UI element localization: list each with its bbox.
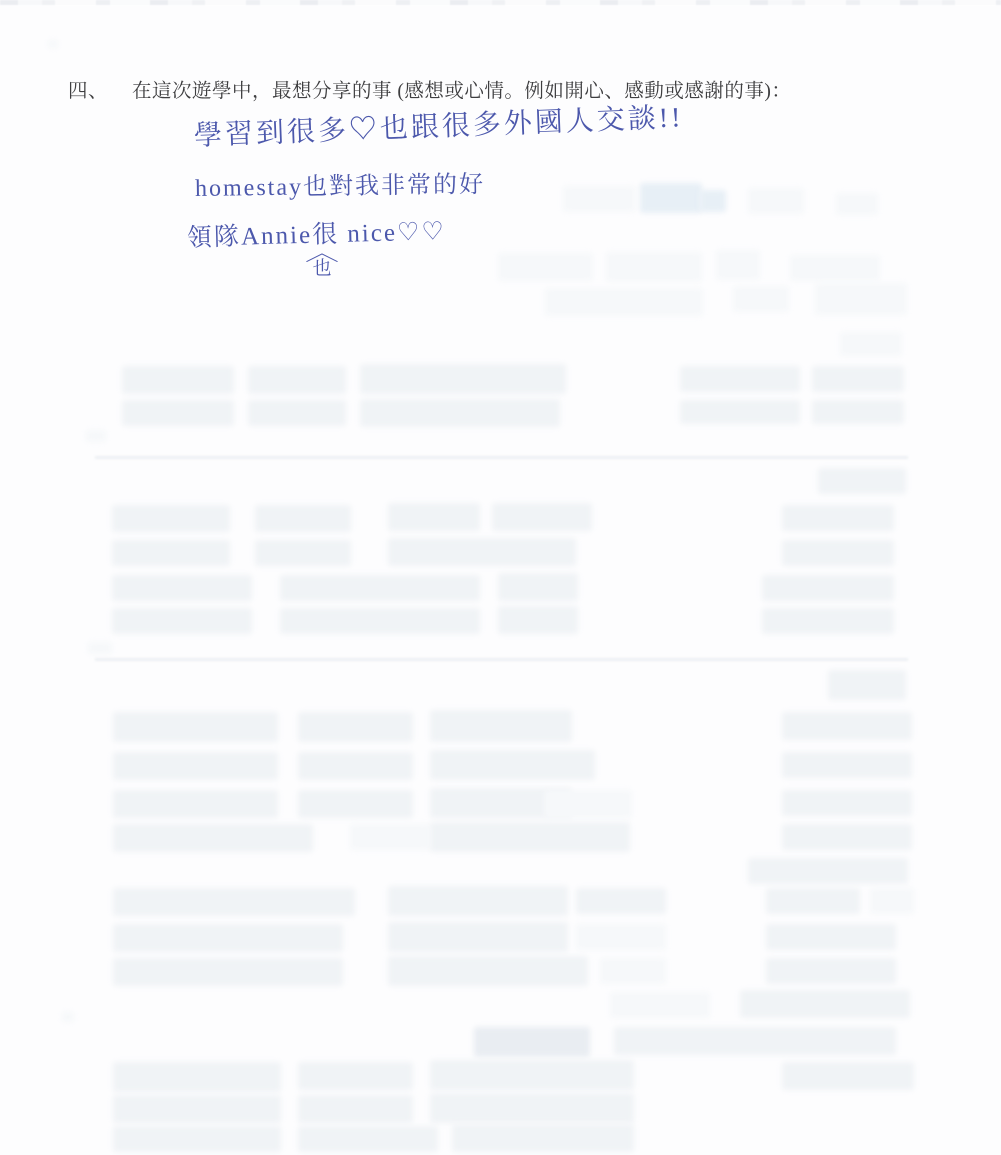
ghost-text-block [600, 958, 666, 984]
ghost-text-block [782, 712, 912, 740]
caret-icon: ︿ [285, 246, 360, 263]
ghost-text-block [113, 1062, 281, 1092]
ghost-text-block [113, 958, 343, 986]
ghost-text-block [606, 252, 702, 282]
ghost-text-block [298, 1126, 438, 1152]
ghost-text-block [782, 505, 894, 531]
ghost-text-block [492, 503, 592, 531]
ghost-text-block [614, 1027, 896, 1055]
ghost-text-block [388, 886, 568, 916]
ghost-text-block [86, 430, 106, 442]
question-heading: 四、在這次遊學中，最想分享的事 (感想或心情。例如開心、感動或感謝的事)： [68, 75, 791, 103]
ghost-text-block [716, 250, 760, 280]
ghost-text-block [836, 193, 878, 215]
ghost-text-block [782, 824, 912, 850]
ghost-text-block [812, 400, 904, 424]
ghost-text-block [782, 790, 912, 816]
ghost-text-block [388, 503, 480, 531]
ghost-text-block [430, 1093, 634, 1123]
ghost-text-block [280, 608, 480, 634]
ghost-text-block [122, 400, 234, 426]
ghost-text-block [610, 992, 710, 1018]
ghost-text-block [298, 752, 413, 780]
section-number: 四、 [68, 81, 108, 102]
ghost-text-block [298, 1062, 413, 1090]
ghost-text-block [113, 924, 343, 952]
ghost-text-block [430, 750, 595, 780]
ghost-text-block [498, 606, 578, 634]
ghost-text-block [790, 255, 880, 281]
ghost-text-block [430, 822, 630, 852]
ghost-text-block [255, 540, 351, 566]
ghost-text-block [782, 1062, 914, 1090]
ghost-text-block [113, 752, 278, 780]
ghost-text-block [818, 468, 906, 494]
ghost-text-block [680, 366, 800, 392]
ghost-text-block [828, 670, 906, 700]
ghost-text-block [782, 540, 894, 566]
ghost-text-block [122, 366, 234, 394]
ghost-text-block [545, 288, 703, 316]
ghost-text-block [430, 710, 572, 742]
ghost-text-block [498, 573, 578, 601]
bleed-through-rule-line [95, 456, 908, 459]
bleed-through-rule-line [95, 658, 908, 661]
ghost-text-block [113, 712, 278, 742]
ghost-text-block [766, 958, 896, 984]
ghost-text-block [62, 1012, 74, 1022]
ghost-text-block [360, 364, 566, 394]
ghost-text-block [740, 990, 910, 1018]
ghost-text-block [762, 575, 894, 601]
ghost-text-block [812, 366, 904, 392]
ghost-text-block [388, 956, 588, 986]
ghost-text-block [112, 505, 230, 532]
ghost-text-block [762, 608, 894, 634]
ghost-text-block [766, 888, 860, 914]
handwritten-answer-line-2: homestay也對我非常的好 [195, 164, 485, 203]
ghost-text-block [452, 1124, 634, 1152]
ghost-text-block [360, 399, 560, 427]
ghost-text-block [388, 922, 568, 952]
ghost-text-block [815, 283, 907, 315]
ghost-text-block [474, 1027, 590, 1057]
question-text: 在這次遊學中，最想分享的事 (感想或心情。例如開心、感動或感謝的事)： [132, 81, 791, 102]
ghost-text-block [733, 286, 789, 312]
ghost-text-block [870, 888, 914, 914]
ghost-text-block [298, 712, 413, 742]
ghost-text-block [48, 40, 58, 48]
ghost-text-block [576, 924, 666, 950]
ghost-text-block [748, 858, 908, 884]
ghost-text-block [700, 190, 726, 212]
ghost-text-block [563, 186, 635, 212]
ghost-text-block [748, 188, 804, 214]
ghost-text-block [112, 608, 252, 634]
ghost-text-block [680, 400, 800, 424]
ghost-text-block [280, 575, 480, 601]
insertion-mark: ︿ 也 [300, 246, 344, 277]
bleed-through-layer [0, 0, 1001, 1155]
ghost-text-block [766, 924, 896, 950]
ghost-text-block [248, 400, 346, 426]
ghost-text-block [782, 752, 912, 778]
ghost-text-block [88, 642, 112, 654]
ghost-text-block [113, 888, 355, 916]
ghost-text-block [544, 790, 632, 818]
ghost-text-block [248, 366, 346, 394]
ghost-text-block [640, 183, 702, 213]
scanned-questionnaire-page: 四、在這次遊學中，最想分享的事 (感想或心情。例如開心、感動或感謝的事)： 學習… [0, 0, 1001, 1155]
ghost-text-block [113, 790, 278, 818]
ghost-text-block [113, 1095, 281, 1123]
ghost-text-block [430, 1060, 634, 1090]
ghost-text-block [112, 540, 230, 566]
ghost-text-block [298, 790, 413, 818]
ghost-text-block [350, 824, 430, 850]
ghost-text-block [255, 505, 351, 532]
ghost-text-block [388, 538, 576, 566]
ghost-text-block [298, 1095, 413, 1123]
ghost-text-block [112, 575, 252, 601]
ghost-text-block [498, 253, 593, 281]
ghost-text-block [113, 1126, 281, 1152]
ghost-text-block [113, 824, 313, 852]
ghost-text-block [576, 888, 666, 914]
ghost-text-block [840, 332, 902, 356]
